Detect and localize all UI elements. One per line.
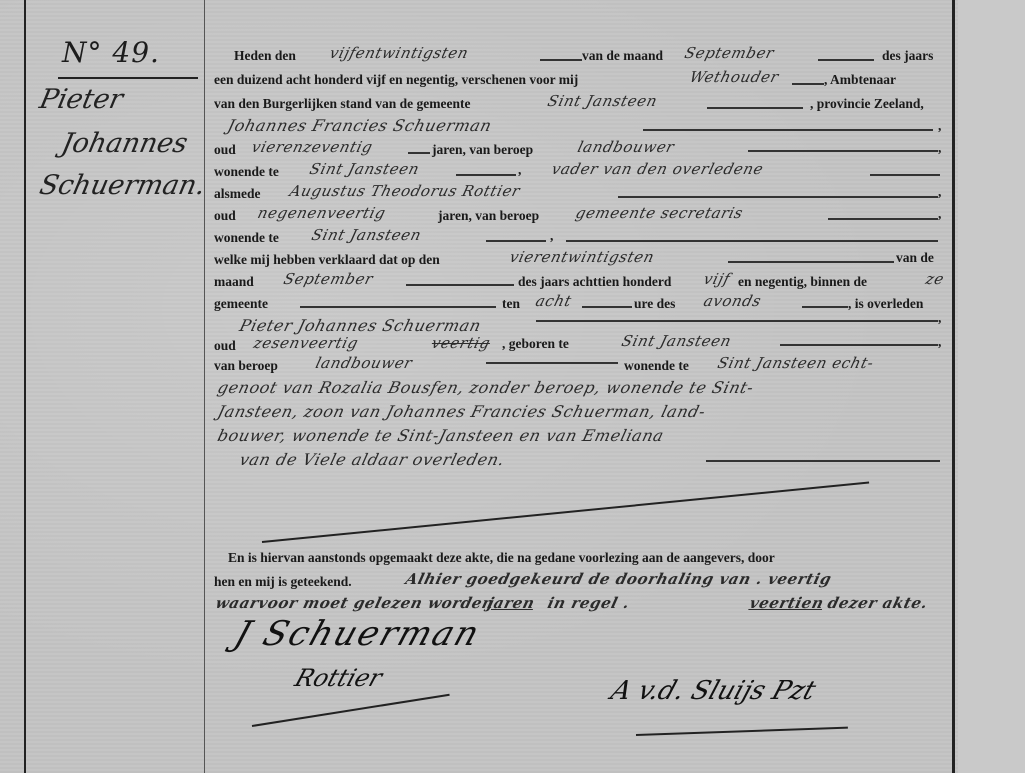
- printed-text: ,: [938, 310, 941, 326]
- margin-column: [28, 0, 200, 773]
- printed-text: des jaars: [882, 48, 933, 64]
- printed-text: jaren, van beroep: [438, 208, 539, 224]
- printed-text: wonende te: [214, 164, 279, 180]
- printed-text: en negentig, binnen de: [738, 274, 867, 290]
- printed-text: des jaars achttien honderd: [518, 274, 671, 290]
- approval-note-cont: waarvoor moet gelezen worden: [214, 594, 496, 612]
- printed-text: welke mij hebben verklaard dat op den: [214, 252, 440, 268]
- printed-text: Heden den: [234, 48, 296, 64]
- printed-text: oud: [214, 338, 236, 354]
- fill-line: [780, 344, 938, 346]
- printed-text: ure des: [634, 296, 675, 312]
- fill-line: [456, 174, 516, 176]
- fill-line: [540, 59, 582, 61]
- approval-note-jaren: jaren: [486, 594, 537, 612]
- handwritten-hour: acht: [534, 292, 574, 310]
- margin-surname: Schuerman.: [37, 170, 209, 201]
- fill-line: [406, 284, 514, 286]
- handwritten-death-year: vijf: [702, 270, 732, 288]
- printed-text: oud: [214, 142, 236, 158]
- printed-text: gemeente: [214, 296, 268, 312]
- fill-line: [566, 240, 938, 242]
- fill-line: [728, 261, 894, 263]
- fill-line: [707, 107, 803, 109]
- fill-line: [582, 306, 632, 308]
- margin-middle-name: Johannes: [59, 128, 191, 159]
- printed-text: ,: [550, 228, 553, 244]
- approval-note: Alhier goedgekeurd de doorhaling van . v…: [404, 570, 834, 588]
- handwritten-day: vijfentwintigsten: [328, 44, 471, 62]
- signature-declarant-1: J Schuerman: [230, 614, 486, 654]
- handwritten-continuation-line: bouwer, wonende te Sint-Jansteen en van …: [216, 426, 666, 445]
- printed-text: ,: [938, 140, 941, 156]
- printed-text: een duizend acht honderd vijf en negenti…: [214, 72, 578, 88]
- record-number: N° 49.: [62, 36, 160, 69]
- approval-note-end: dezer akte.: [826, 594, 930, 612]
- handwritten-continuation-line: genoot van Rozalia Bousfen, zonder beroe…: [216, 378, 756, 397]
- closing-diagonal-stroke: [262, 481, 869, 543]
- handwritten-age: negenenveertig: [256, 204, 388, 222]
- signature-declarant-2: Rottier: [291, 664, 385, 692]
- fill-line: [802, 306, 848, 308]
- fill-line: [486, 240, 546, 242]
- handwritten-occupation: gemeente secretaris: [574, 204, 745, 222]
- approval-note-line-number: veertien: [748, 594, 826, 612]
- printed-text: jaren, van beroep: [432, 142, 533, 158]
- fill-line: [536, 320, 938, 322]
- handwritten-age: zesenveertig: [252, 334, 361, 352]
- handwritten-age: vierenzeventig: [250, 138, 375, 156]
- handwritten-declarant-1-name: Johannes Francies Schuerman: [226, 116, 494, 135]
- printed-text: , geboren te: [502, 336, 569, 352]
- handwritten-occupation: landbouwer: [576, 138, 677, 156]
- page-edge-strip: [958, 0, 1025, 773]
- printed-text: alsmede: [214, 186, 261, 202]
- scanned-register-page: N° 49. Pieter Johannes Schuerman. Heden …: [0, 0, 1025, 773]
- fill-line: [618, 196, 938, 198]
- fill-line: [706, 460, 940, 462]
- printed-text: van beroep: [214, 358, 278, 374]
- handwritten-continuation-line: van de Viele aldaar overleden.: [238, 450, 507, 469]
- struck-through-age: veertig: [430, 334, 493, 352]
- printed-text: van de: [896, 250, 934, 266]
- handwritten-death-day: vierentwintigsten: [508, 248, 657, 266]
- record-body: Heden den vijfentwintigsten van de maand…: [210, 0, 950, 773]
- printed-text: ,: [938, 118, 941, 134]
- printed-text: , Ambtenaar: [824, 72, 896, 88]
- record-number-underline: [58, 77, 198, 79]
- handwritten-residence: Sint Jansteen: [308, 160, 422, 178]
- handwritten-relation: vader van den overledene: [550, 160, 766, 178]
- fill-line: [486, 362, 618, 364]
- printed-text: , provincie Zeeland,: [810, 96, 924, 112]
- approval-note-in-regel: in regel .: [546, 594, 632, 612]
- printed-text: wonende te: [214, 230, 279, 246]
- margin-first-name: Pieter: [37, 84, 126, 115]
- fill-line: [870, 174, 940, 176]
- right-border-line: [952, 0, 955, 773]
- printed-text: maand: [214, 274, 254, 290]
- printed-text: ,: [518, 162, 521, 178]
- handwritten-time-of-day: avonds: [702, 292, 764, 310]
- printed-text: ,: [938, 206, 941, 222]
- handwritten-occupation: landbouwer: [314, 354, 415, 372]
- printed-text: van den Burgerlijken stand van de gemeen…: [214, 96, 471, 112]
- printed-text: ,: [938, 334, 941, 350]
- handwritten-correction: ze: [924, 270, 946, 288]
- printed-text: ten: [502, 296, 520, 312]
- printed-text: ,: [938, 184, 941, 200]
- handwritten-deceased-name: Pieter Johannes Schuerman: [238, 316, 484, 335]
- closing-printed-line-2: hen en mij is geteekend.: [214, 574, 352, 590]
- handwritten-continuation-line: Jansteen, zoon van Johannes Francies Sch…: [216, 402, 708, 421]
- handwritten-official-title: Wethouder: [688, 68, 781, 86]
- printed-text: oud: [214, 208, 236, 224]
- handwritten-death-month: September: [282, 270, 375, 288]
- fill-line: [818, 59, 874, 61]
- fill-line: [748, 150, 938, 152]
- handwritten-residence: Sint Jansteen: [310, 226, 424, 244]
- handwritten-declarant-2-name: Augustus Theodorus Rottier: [288, 182, 522, 200]
- fill-line: [300, 306, 496, 308]
- printed-text: , is overleden: [848, 296, 923, 312]
- signature-registrar: A v.d. Sluijs Pzt: [607, 676, 819, 706]
- closing-printed-line-1: En is hiervan aanstonds opgemaakt deze a…: [228, 550, 775, 566]
- fill-line: [408, 152, 430, 154]
- fill-line: [828, 218, 938, 220]
- handwritten-municipality: Sint Jansteen: [546, 92, 660, 110]
- fill-line: [643, 129, 933, 131]
- printed-text: van de maand: [582, 48, 663, 64]
- column-divider-line: [204, 0, 205, 773]
- handwritten-month: September: [683, 44, 776, 62]
- handwritten-residence: Sint Jansteen echt-: [716, 354, 876, 372]
- handwritten-birthplace: Sint Jansteen: [620, 332, 734, 350]
- printed-text: wonende te: [624, 358, 689, 374]
- left-border-line: [24, 0, 26, 773]
- fill-line: [792, 83, 824, 85]
